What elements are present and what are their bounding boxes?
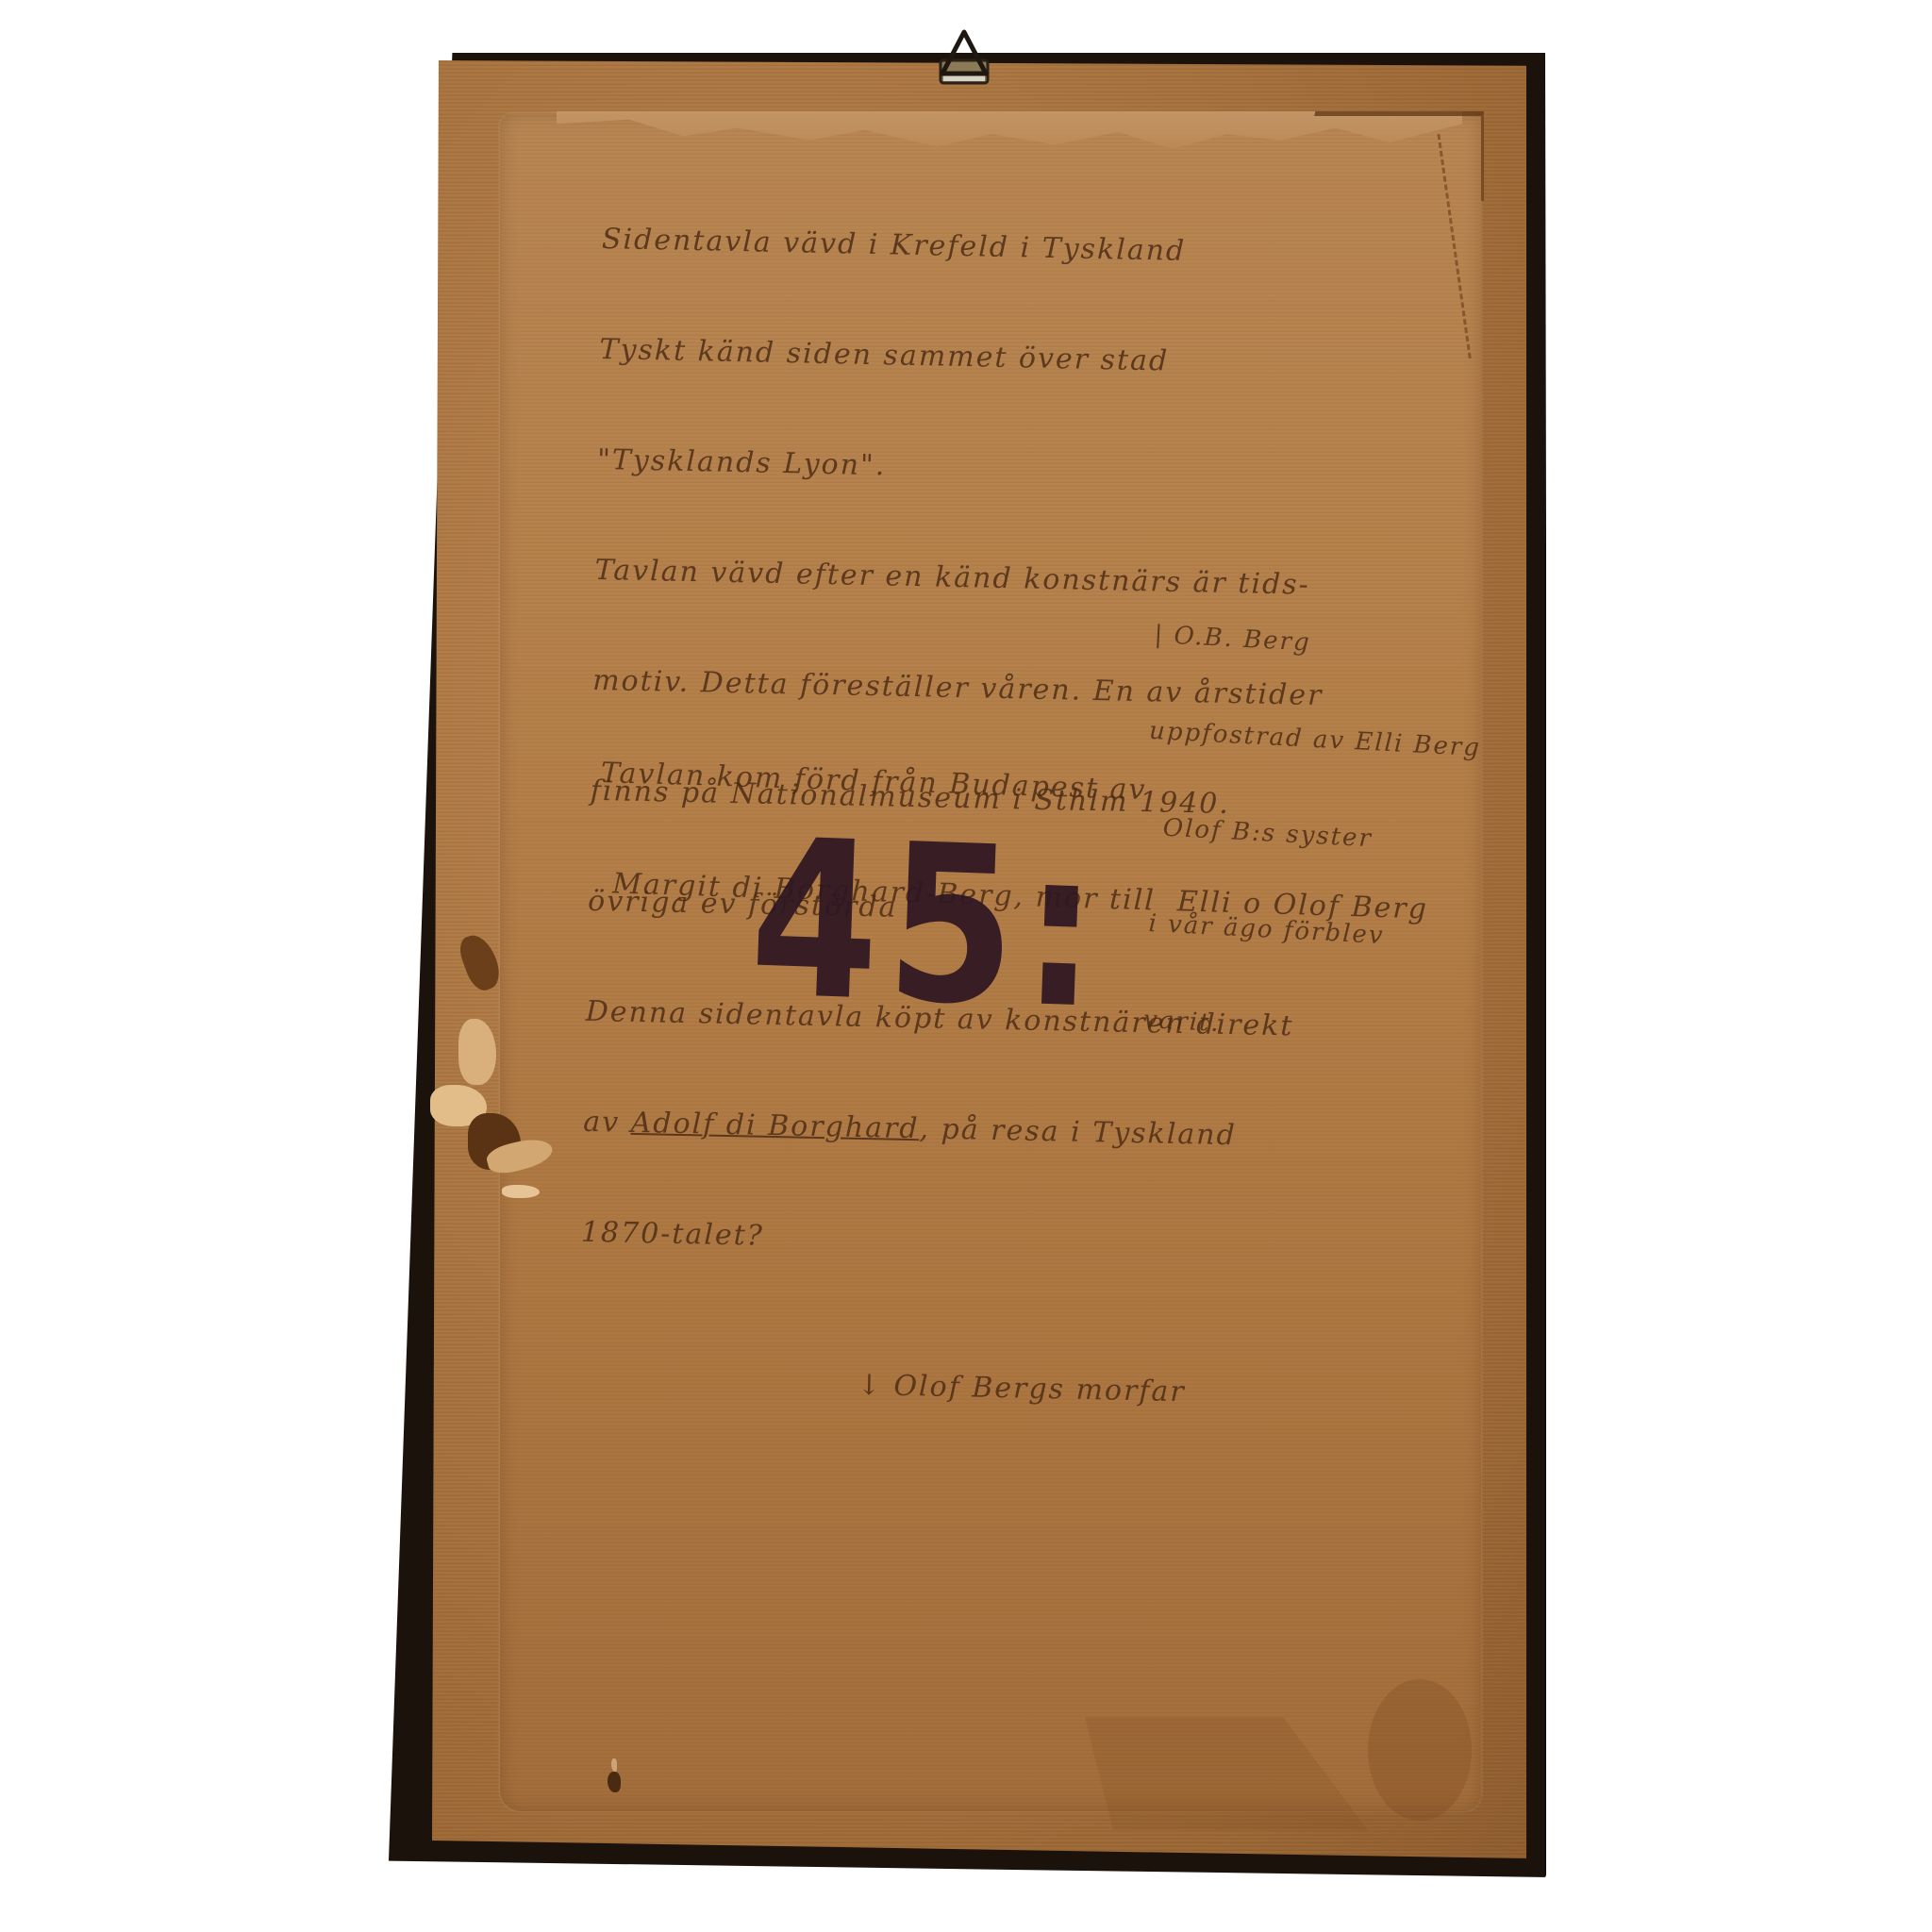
note-line: Sidentavla vävd i Krefeld i Tyskland	[602, 221, 1333, 273]
triangle-hanger-icon	[931, 28, 997, 87]
note-line: "Tysklands Lyon".	[597, 441, 1328, 493]
arrow-note: ↓ Olof Bergs morfar	[576, 1324, 1309, 1450]
note-line: | O.B. Berg	[1154, 619, 1487, 668]
torn-backing-damage	[430, 906, 562, 1207]
note-line: varit.	[1133, 1003, 1466, 1052]
small-hole	[608, 1772, 621, 1792]
water-stain	[1368, 1679, 1472, 1821]
note-line: av Adolf di Borghard, på resa i Tyskland	[583, 1104, 1314, 1156]
down-arrow-icon: ↓	[857, 1369, 893, 1403]
note-line: Tyskt känd siden sammet över stad	[599, 331, 1330, 383]
note-line: 1870-talet?	[580, 1214, 1311, 1266]
underlined-name: Adolf di Borghard	[630, 1107, 920, 1145]
price-marking: 45:	[747, 811, 1109, 1041]
